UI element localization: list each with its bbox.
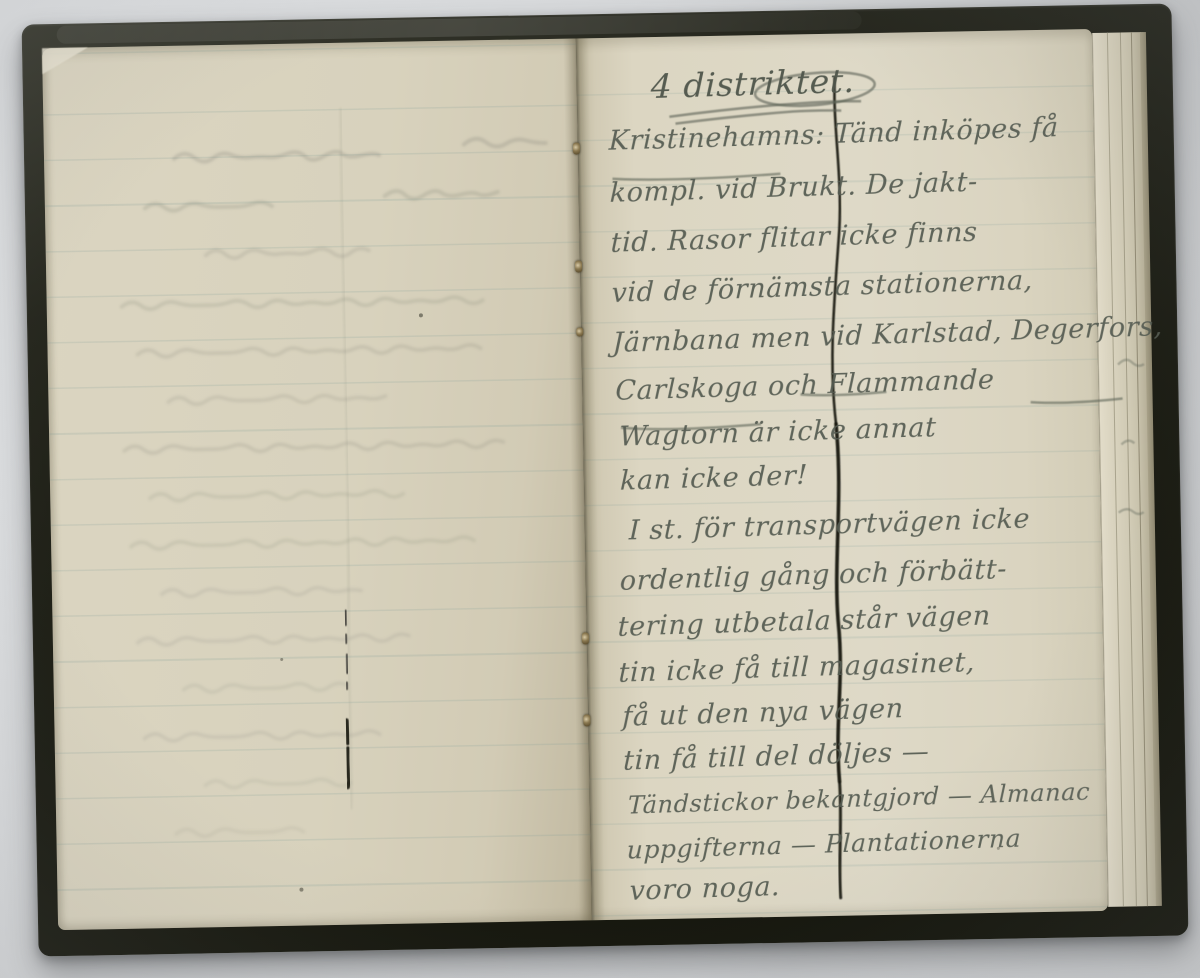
ruled-lines-left xyxy=(42,38,592,930)
stitch-thread xyxy=(576,327,583,336)
notebook-photo: 4 distriktet. Kristinehamns: Tänd inköpe… xyxy=(0,0,1200,978)
paper-speck xyxy=(419,313,423,317)
notebook: 4 distriktet. Kristinehamns: Tänd inköpe… xyxy=(22,4,1189,957)
stitch-thread xyxy=(575,260,582,272)
paper-speck xyxy=(814,570,817,573)
handwriting-line-17: voro noga. xyxy=(629,871,780,907)
page-corner-fold xyxy=(42,47,88,74)
stitch-thread xyxy=(582,632,589,644)
left-page xyxy=(42,38,592,930)
page-edge-stack xyxy=(1107,32,1137,906)
handwriting-heading: 4 distriktet. xyxy=(650,61,855,106)
page-edge-stack xyxy=(1140,32,1162,906)
stitch-thread xyxy=(583,714,590,726)
paper-speck xyxy=(997,847,1000,850)
paper-speck xyxy=(280,658,283,661)
page-edge-stack xyxy=(1120,32,1148,906)
page-edge-stack xyxy=(1131,32,1157,906)
handwriting-line-8: kan icke der! xyxy=(620,460,809,497)
stitch-thread xyxy=(573,142,580,154)
paper-speck xyxy=(299,888,303,892)
